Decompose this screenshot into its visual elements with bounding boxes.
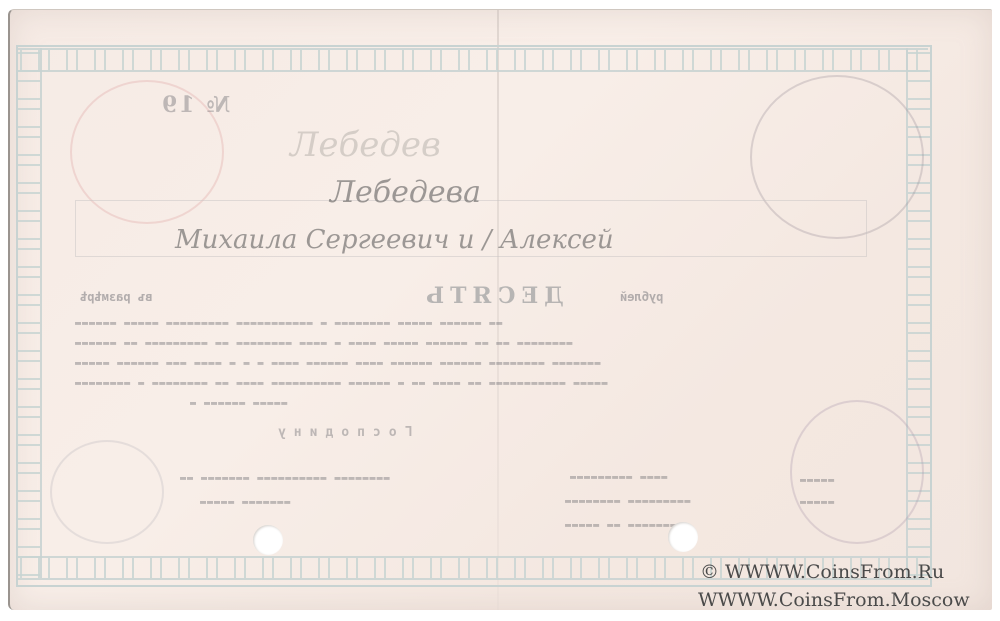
mirrored-text-line: ▬▬▬▬▬: [800, 497, 835, 508]
mirrored-heading: Господину: [270, 425, 412, 440]
perforation-hole: [253, 525, 283, 555]
serial-number: № 19: [160, 92, 230, 118]
mirrored-text-line: ▬ ▬▬▬▬▬▬ ▬▬▬▬▬: [190, 398, 288, 409]
handwriting-signature-top: Лебедева: [330, 175, 481, 210]
mirrored-text-line: ▬▬▬▬▬ ▬▬ ▬▬▬▬▬▬▬▬: [565, 520, 684, 531]
mirrored-text-line: ▬▬▬▬▬ ▬▬▬▬▬▬ ▬▬▬ ▬▬▬▬ ▬ ▬ ▬ ▬▬▬▬ ▬▬▬▬▬▬ …: [75, 358, 602, 369]
mirrored-text-line: ▬▬▬▬▬▬▬▬ ▬▬▬▬▬▬▬▬▬: [565, 496, 691, 507]
watermark-line-2: WWWW.CoinsFrom.Moscow: [698, 591, 970, 610]
handwriting-header: Лебедев: [290, 125, 441, 165]
watermark-line-1: © WWWW.CoinsFrom.Ru: [700, 563, 944, 582]
frame-band-top: [16, 48, 928, 72]
denomination-text: ДЕСЯТЬ: [420, 283, 564, 309]
mirrored-text-line: ▬▬ ▬▬▬▬▬▬▬ ▬▬▬▬▬▬▬▬▬▬ ▬▬▬▬▬▬▬▬: [180, 473, 391, 484]
stamp-seal-bottom-right: [790, 400, 924, 544]
denomination-unit: рублей: [620, 290, 663, 304]
denomination-prefix: въ размѣрѣ: [80, 290, 152, 304]
perforation-hole: [668, 522, 698, 552]
frame-band-left: [16, 48, 42, 578]
mirrored-text-line: ▬▬▬▬▬▬ ▬▬▬▬▬ ▬▬▬▬▬▬▬▬▬ ▬▬▬▬▬▬▬▬▬▬▬ ▬ ▬▬▬…: [75, 318, 503, 329]
mirrored-text-line: ▬▬▬▬▬▬▬▬▬ ▬▬▬▬: [570, 472, 668, 483]
mirrored-text-line: ▬▬▬▬▬: [800, 475, 835, 486]
mirrored-text-line: ▬▬▬▬▬▬▬▬ ▬ ▬▬▬▬▬▬▬▬ ▬▬ ▬▬▬▬ ▬▬▬▬▬▬▬▬▬▬ ▬…: [75, 378, 609, 389]
handwriting-signature-mid: Михаила Сергеевич и / Алексей: [175, 225, 614, 255]
stamp-seal-bottom-left: [50, 440, 164, 544]
mirrored-text-line: ▬▬▬▬▬ ▬▬▬▬▬▬▬: [200, 497, 291, 508]
mirrored-text-line: ▬▬▬▬▬▬ ▬▬ ▬▬▬▬▬▬▬▬▬ ▬▬ ▬▬▬▬▬▬▬▬ ▬▬▬▬ ▬ ▬…: [75, 338, 573, 349]
